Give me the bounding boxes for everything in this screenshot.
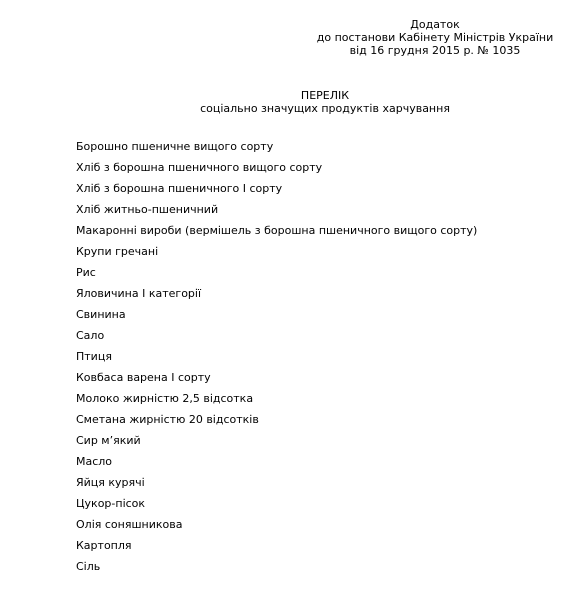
list-item: Крупи гречані <box>76 245 477 266</box>
list-item: Картопля <box>76 539 477 560</box>
annex-resolution-reference: до постанови Кабінету Міністрів України <box>300 31 570 44</box>
product-list: Борошно пшеничне вищого сортуХліб з боро… <box>76 140 477 581</box>
list-item: Борошно пшеничне вищого сорту <box>76 140 477 161</box>
list-item: Яловичина I категорії <box>76 287 477 308</box>
annex-resolution-date-number: від 16 грудня 2015 р. № 1035 <box>300 44 570 57</box>
list-item: Ковбаса варена I сорту <box>76 371 477 392</box>
list-item: Сметана жирністю 20 відсотків <box>76 413 477 434</box>
list-item: Хліб з борошна пшеничного вищого сорту <box>76 161 477 182</box>
list-item: Рис <box>76 266 477 287</box>
annex-header: Додаток до постанови Кабінету Міністрів … <box>300 18 570 57</box>
list-item: Олія соняшникова <box>76 518 477 539</box>
list-item: Хліб житньо-пшеничний <box>76 203 477 224</box>
list-item: Макаронні вироби (вермішель з борошна пш… <box>76 224 477 245</box>
list-item: Молоко жирністю 2,5 відсотка <box>76 392 477 413</box>
document-subtitle: соціально значущих продуктів харчування <box>0 102 578 115</box>
document-heading: ПЕРЕЛІК соціально значущих продуктів хар… <box>0 89 578 115</box>
annex-label: Додаток <box>300 18 570 31</box>
list-item: Цукор-пісок <box>76 497 477 518</box>
document-title: ПЕРЕЛІК <box>0 89 578 102</box>
list-item: Хліб з борошна пшеничного I сорту <box>76 182 477 203</box>
list-item: Птиця <box>76 350 477 371</box>
list-item: Яйця курячі <box>76 476 477 497</box>
list-item: Сіль <box>76 560 477 581</box>
list-item: Масло <box>76 455 477 476</box>
list-item: Сало <box>76 329 477 350</box>
list-item: Свинина <box>76 308 477 329</box>
list-item: Сир м’який <box>76 434 477 455</box>
